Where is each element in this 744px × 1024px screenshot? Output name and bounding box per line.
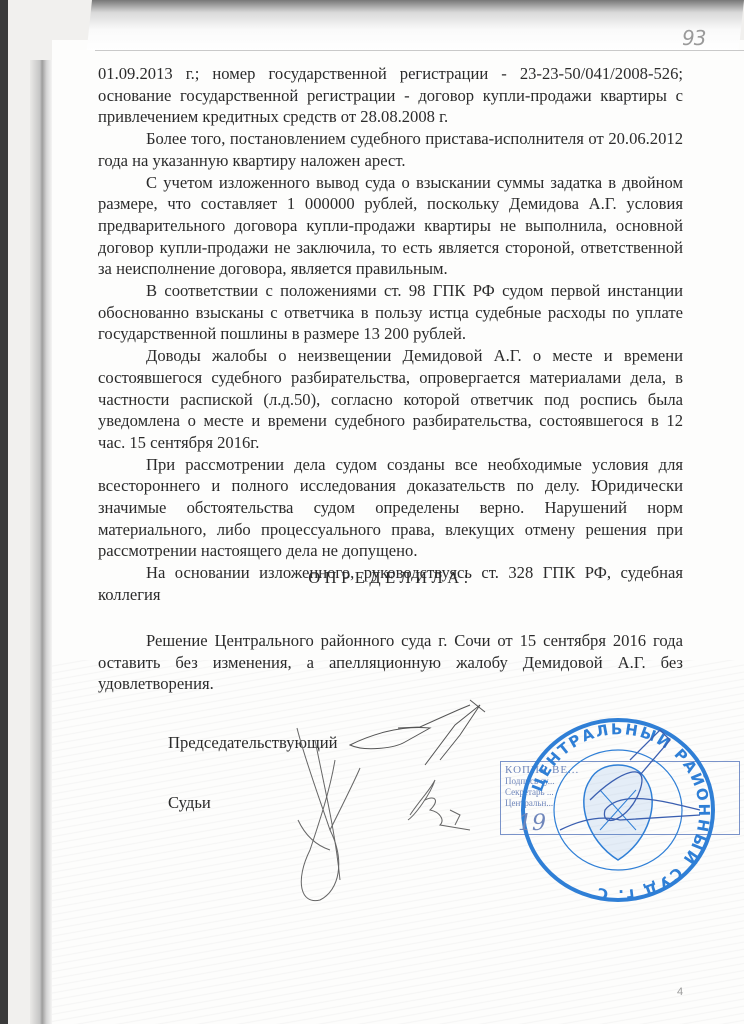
- stamp-line: КОПИЯ ВЕ...: [505, 765, 735, 776]
- presiding-judge-label: Председательствующий: [168, 733, 338, 753]
- top-rule: [95, 50, 744, 51]
- paragraph: 01.09.2013 г.; номер государственной рег…: [98, 63, 683, 128]
- stamp-line: Подпись су...: [505, 776, 735, 787]
- paragraph: Более того, постановлением судебного при…: [98, 128, 683, 171]
- document-body: 01.09.2013 г.; номер государственной рег…: [98, 63, 683, 606]
- scan-noise: [52, 660, 744, 1024]
- folded-page-edge: [87, 0, 744, 50]
- handwritten-sheet-number: 93: [682, 26, 705, 50]
- judges-label: Судьи: [168, 793, 211, 813]
- decision-text: Решение Центрального районного суда г. С…: [98, 630, 683, 695]
- paragraph: Решение Центрального районного суда г. С…: [98, 630, 683, 695]
- binding-shadow: [30, 60, 52, 1024]
- paragraph: При рассмотрении дела судом созданы все …: [98, 454, 683, 563]
- certified-copy-stamp: КОПИЯ ВЕ... Подпись су... Секретарь ... …: [500, 761, 740, 835]
- paragraph: С учетом изложенного вывод суда о взыска…: [98, 172, 683, 281]
- ruling-heading: ОПРЕДЕЛИЛА:: [98, 568, 683, 588]
- stamp-line: Секретарь ...: [505, 787, 735, 798]
- paragraph: Доводы жалобы о неизвещении Демидовой А.…: [98, 345, 683, 454]
- paragraph: В соответствии с положениями ст. 98 ГПК …: [98, 280, 683, 345]
- page-number: 4: [677, 986, 683, 998]
- stamp-line: Центральн...: [505, 798, 735, 809]
